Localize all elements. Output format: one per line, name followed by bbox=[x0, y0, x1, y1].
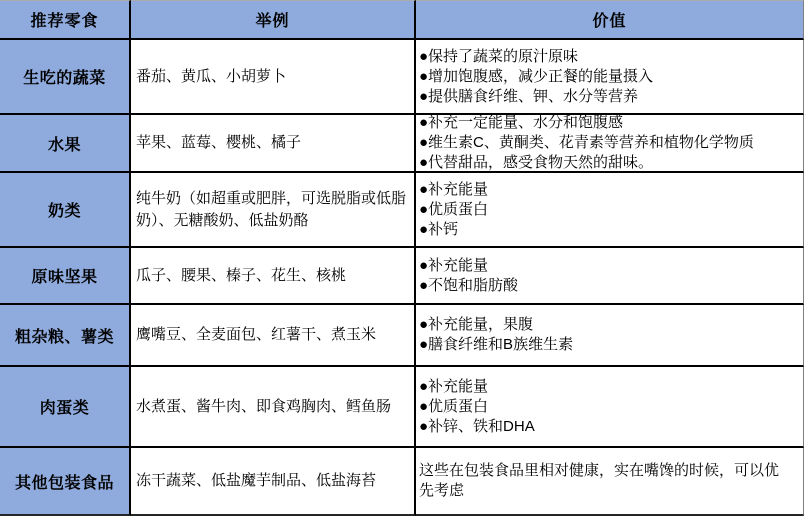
values-cell: 这些在包装食品里相对健康，实在嘴馋的时候，可以优先考虑 bbox=[416, 448, 804, 516]
value-line: ●补锌、铁和DHA bbox=[419, 417, 535, 437]
value-line: ●代替甜品，感受食物天然的甜味。 bbox=[419, 153, 653, 173]
values-cell: ●补充能量 ●不饱和脂肪酸 bbox=[416, 248, 804, 305]
value-line: ●优质蛋白 bbox=[419, 200, 488, 220]
value-line: ●提供膳食纤维、钾、水分等营养 bbox=[419, 87, 638, 107]
value-line: ●补充能量 bbox=[419, 377, 488, 397]
examples-text: 苹果、蓝莓、樱桃、橘子 bbox=[136, 132, 301, 154]
examples-cell: 苹果、蓝莓、樱桃、橘子 bbox=[131, 115, 416, 173]
examples-cell: 瓜子、腰果、榛子、花生、核桃 bbox=[131, 248, 416, 305]
examples-text: 瓜子、腰果、榛子、花生、核桃 bbox=[136, 265, 346, 287]
examples-cell: 番茄、黄瓜、小胡萝卜 bbox=[131, 40, 416, 115]
category-cell-plain-nuts: 原味坚果 bbox=[0, 248, 131, 305]
value-line: ●补充能量，果腹 bbox=[419, 315, 533, 335]
examples-cell: 纯牛奶（如超重或肥胖，可选脱脂或低脂奶）、无糖酸奶、低盐奶酪 bbox=[131, 173, 416, 248]
examples-cell: 水煮蛋、酱牛肉、即食鸡胸肉、鳕鱼肠 bbox=[131, 367, 416, 448]
examples-text: 冻干蔬菜、低盐魔芋制品、低盐海苔 bbox=[136, 470, 376, 492]
category-cell-fruit: 水果 bbox=[0, 115, 131, 173]
value-line: 这些在包装食品里相对健康，实在嘴馋的时候，可以优先考虑 bbox=[419, 461, 791, 501]
value-line: ●补钙 bbox=[419, 220, 458, 240]
examples-cell: 鹰嘴豆、全麦面包、红薯干、煮玉米 bbox=[131, 305, 416, 367]
value-line: ●保持了蔬菜的原汁原味 bbox=[419, 47, 578, 67]
examples-text: 番茄、黄瓜、小胡萝卜 bbox=[136, 66, 286, 88]
examples-text: 水煮蛋、酱牛肉、即食鸡胸肉、鳕鱼肠 bbox=[136, 396, 391, 418]
value-line: ●不饱和脂肪酸 bbox=[419, 276, 518, 296]
values-cell: ●保持了蔬菜的原汁原味 ●增加饱腹感，减少正餐的能量摄入 ●提供膳食纤维、钾、水… bbox=[416, 40, 804, 115]
category-cell-meat-egg: 肉蛋类 bbox=[0, 367, 131, 448]
values-cell: ●补充能量，果腹 ●膳食纤维和B族维生素 bbox=[416, 305, 804, 367]
examples-text: 纯牛奶（如超重或肥胖，可选脱脂或低脂奶）、无糖酸奶、低盐奶酪 bbox=[136, 188, 410, 232]
value-line: ●维生素C、黄酮类、花青素等营养和植物化学物质 bbox=[419, 133, 754, 153]
values-cell: ●补充一定能量、水分和饱腹感 ●维生素C、黄酮类、花青素等营养和植物化学物质 ●… bbox=[416, 115, 804, 173]
category-cell-dairy: 奶类 bbox=[0, 173, 131, 248]
header-value: 价值 bbox=[416, 0, 804, 40]
value-line: ●增加饱腹感，减少正餐的能量摄入 bbox=[419, 67, 653, 87]
value-line: ●膳食纤维和B族维生素 bbox=[419, 335, 573, 355]
values-cell: ●补充能量 ●优质蛋白 ●补锌、铁和DHA bbox=[416, 367, 804, 448]
value-line: ●优质蛋白 bbox=[419, 397, 488, 417]
value-line: ●补充能量 bbox=[419, 180, 488, 200]
category-cell-raw-vegetables: 生吃的蔬菜 bbox=[0, 40, 131, 115]
snack-recommendation-table: 推荐零食 举例 价值 生吃的蔬菜 番茄、黄瓜、小胡萝卜 ●保持了蔬菜的原汁原味 … bbox=[0, 0, 804, 516]
value-line: ●补充一定能量、水分和饱腹感 bbox=[419, 115, 623, 133]
header-examples: 举例 bbox=[131, 0, 416, 40]
category-cell-coarse-grains: 粗杂粮、薯类 bbox=[0, 305, 131, 367]
examples-cell: 冻干蔬菜、低盐魔芋制品、低盐海苔 bbox=[131, 448, 416, 516]
examples-text: 鹰嘴豆、全麦面包、红薯干、煮玉米 bbox=[136, 324, 376, 346]
category-cell-other-packaged: 其他包装食品 bbox=[0, 448, 131, 516]
value-line: ●补充能量 bbox=[419, 256, 488, 276]
header-recommended-snacks: 推荐零食 bbox=[0, 0, 131, 40]
values-cell: ●补充能量 ●优质蛋白 ●补钙 bbox=[416, 173, 804, 248]
